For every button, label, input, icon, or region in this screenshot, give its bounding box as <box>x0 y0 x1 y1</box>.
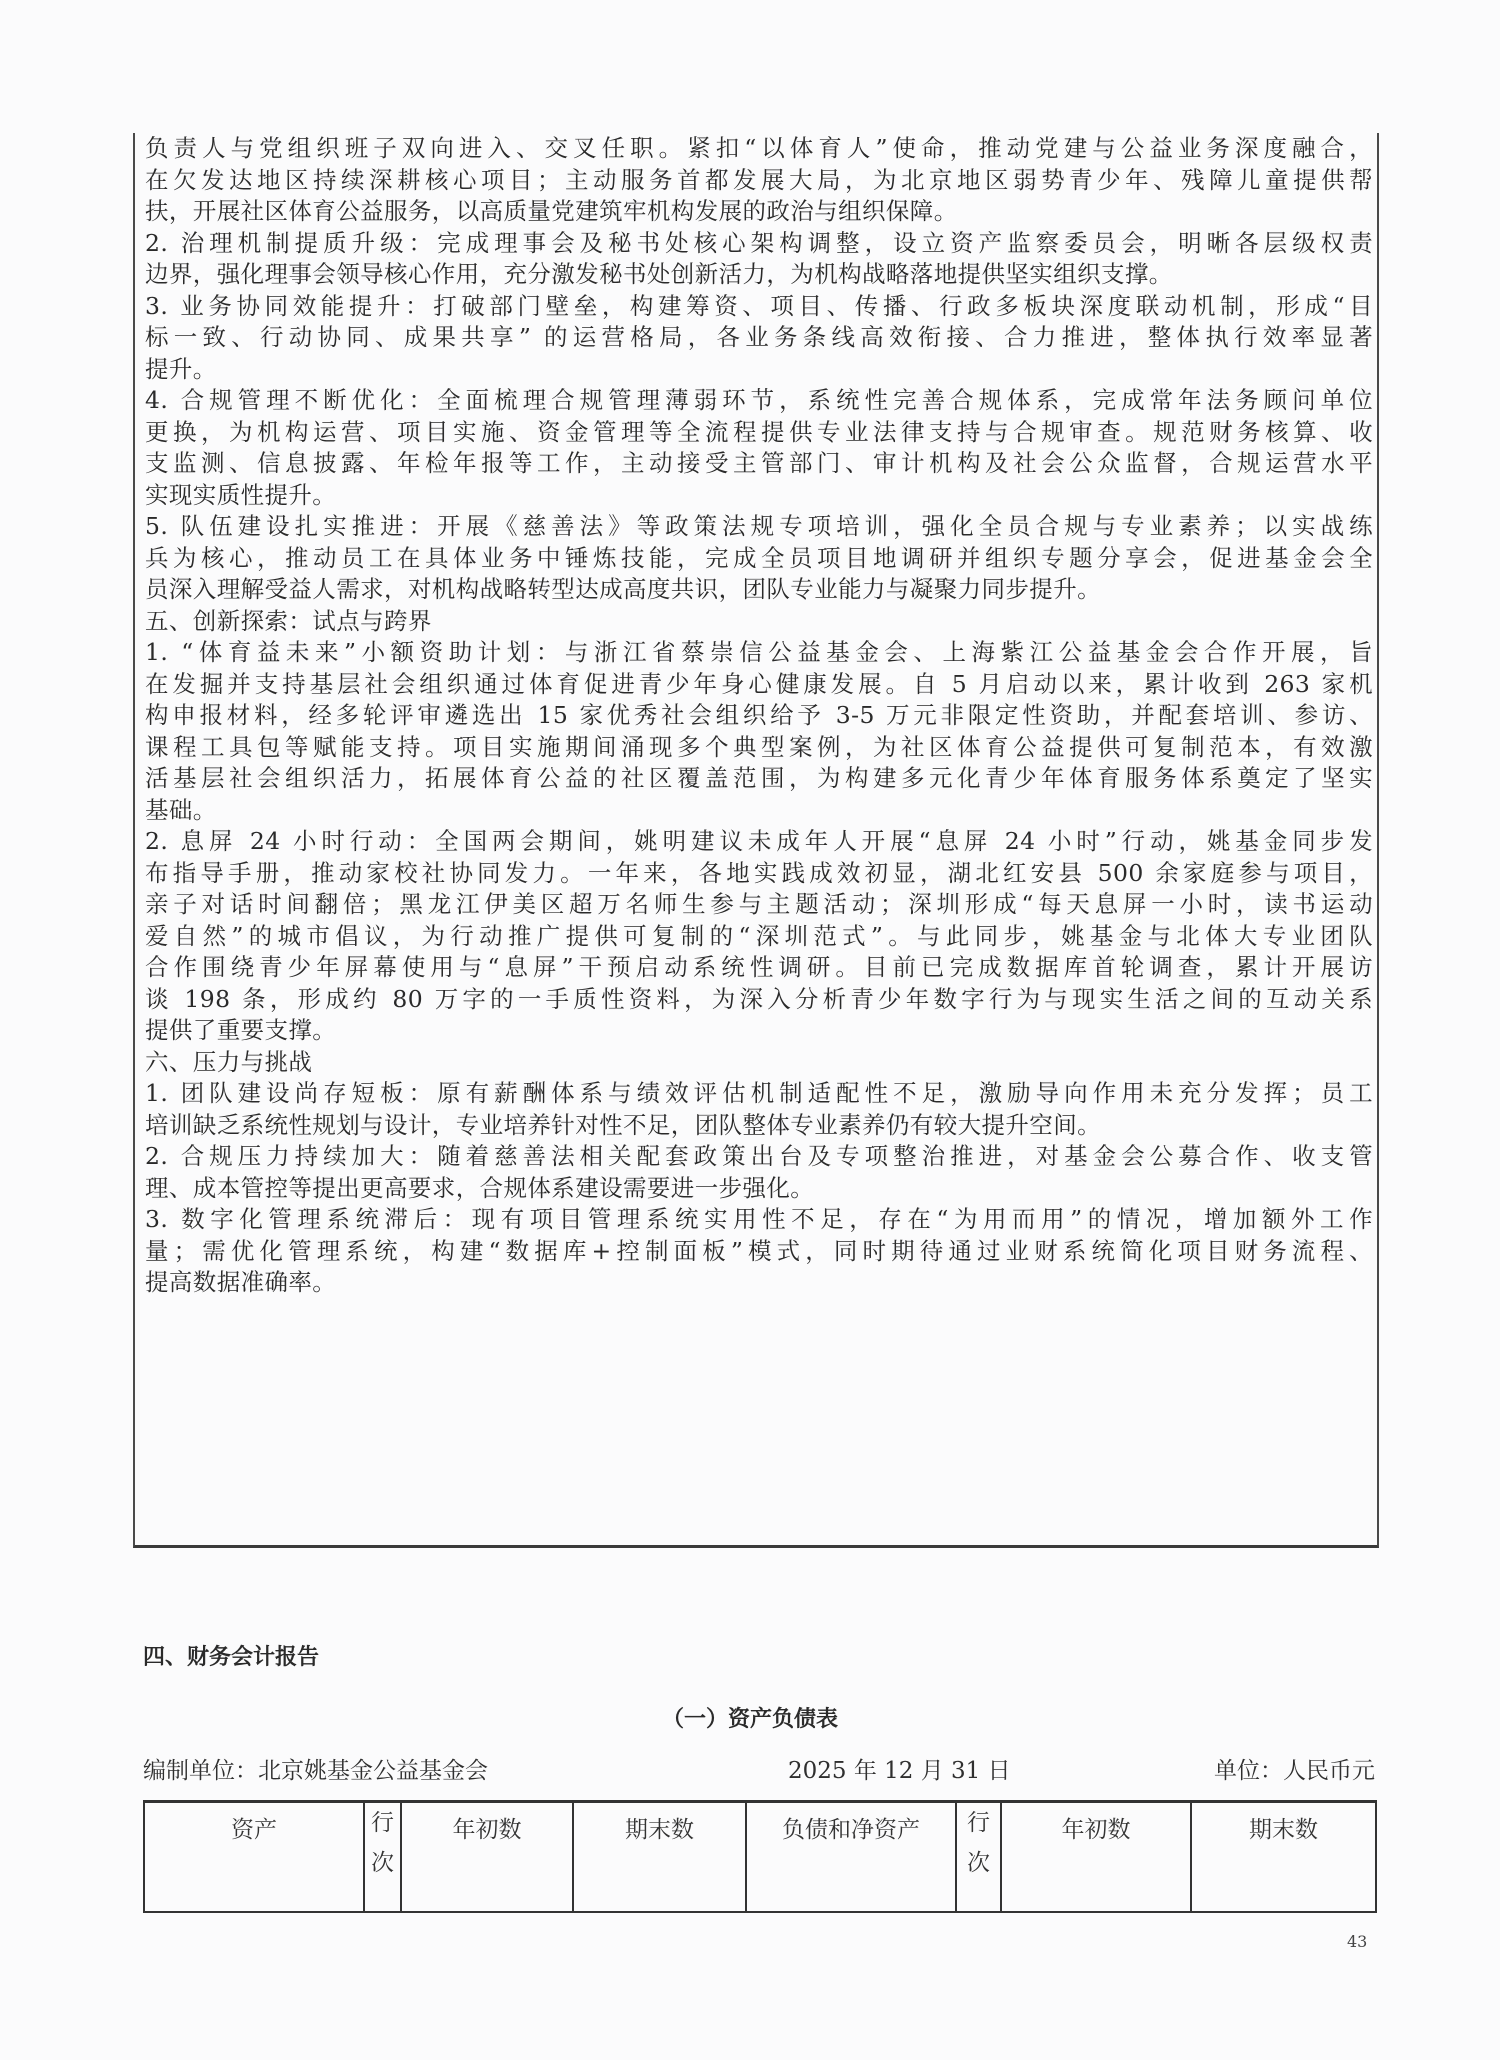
list-item-business-synergy: 3. 业务协同效能提升：打破部门壁垒，构建筹资、项目、传播、行政多板块深度联动机… <box>145 291 1373 323</box>
paragraph-line: 基础。 <box>145 795 1373 827</box>
column-header-beginning-balance: 年初数 <box>1001 1802 1191 1913</box>
list-item-compliance: 4. 合规管理不断优化：全面梳理合规管理薄弱环节，系统性完善合规体系，完成常年法… <box>145 385 1373 417</box>
paragraph-line: 课程工具包等赋能支持。项目实施期间涌现多个典型案例，为社区体育公益提供可复制范本… <box>145 732 1373 764</box>
section-heading-challenges: 六、压力与挑战 <box>145 1047 1373 1079</box>
paragraph-line: 兵为核心，推动员工在具体业务中锤炼技能，完成全员项目地调研并组织专题分享会，促进… <box>145 543 1373 575</box>
report-date: 2025 年 12 月 31 日 <box>788 1752 1011 1785</box>
list-item-team-building: 5. 队伍建设扎实推进：开展《慈善法》等政策法规专项培训，强化全员合规与专业素养… <box>145 511 1373 543</box>
column-header-ending-balance: 期末数 <box>1191 1802 1376 1913</box>
table-header-row: 资产 行次 年初数 期末数 负债和净资产 行次 年初数 期末数 <box>144 1802 1376 1913</box>
paragraph-line: 在欠发达地区持续深耕核心项目；主动服务首都发展大局，为北京地区弱势青少年、残障儿… <box>145 165 1373 197</box>
column-header-beginning-balance: 年初数 <box>401 1802 573 1913</box>
report-text-body: 负责人与党组织班子双向进入、交叉任职。紧扣“以体育人”使命，推动党建与公益业务深… <box>145 133 1373 1299</box>
balance-sheet-table: 资产 行次 年初数 期末数 负债和净资产 行次 年初数 期末数 <box>143 1800 1377 1913</box>
paragraph-line: 谈 198 条，形成约 80 万字的一手质性资料，为深入分析青少年数字行为与现实… <box>145 984 1373 1016</box>
paragraph-line: 更换，为机构运营、项目实施、资金管理等全流程提供专业法律支持与合规审查。规范财务… <box>145 417 1373 449</box>
paragraph-line: 边界，强化理事会领导核心作用，充分激发秘书处创新活力，为机构战略落地提供坚实组织… <box>145 259 1373 291</box>
page-number: 43 <box>1347 1932 1367 1951</box>
paragraph-line: 提供了重要支撑。 <box>145 1015 1373 1047</box>
paragraph-line: 合作围绕青少年屏幕使用与“息屏”干预启动系统性调研。目前已完成数据库首轮调查，累… <box>145 952 1373 984</box>
paragraph-line: 理、成本管控等提出更高要求，合规体系建设需要进一步强化。 <box>145 1173 1373 1205</box>
column-header-line-no: 行次 <box>364 1802 401 1913</box>
paragraph-line: 员深入理解受益人需求，对机构战略转型达成高度共识，团队专业能力与凝聚力同步提升。 <box>145 574 1373 606</box>
paragraph-line: 扶，开展社区体育公益服务，以高质量党建筑牢机构发展的政治与组织保障。 <box>145 196 1373 228</box>
column-header-liabilities-net-assets: 负债和净资产 <box>746 1802 956 1913</box>
paragraph-line: 标一致、行动协同、成果共享” 的运营格局，各业务条线高效衔接、合力推进，整体执行… <box>145 322 1373 354</box>
column-header-line-no: 行次 <box>956 1802 1001 1913</box>
paragraph-line: 提升。 <box>145 354 1373 386</box>
paragraph-line: 亲子对话时间翻倍；黑龙江伊美区超万名师生参与主题活动；深圳形成“每天息屏一小时，… <box>145 889 1373 921</box>
paragraph-line: 活基层社会组织活力，拓展体育公益的社区覆盖范围，为构建多元化青少年体育服务体系奠… <box>145 763 1373 795</box>
paragraph-line: 实现实质性提升。 <box>145 480 1373 512</box>
paragraph-line: 在发掘并支持基层社会组织通过体育促进青少年身心健康发展。自 5 月启动以来，累计… <box>145 669 1373 701</box>
paragraph-line: 提高数据准确率。 <box>145 1267 1373 1299</box>
paragraph-line: 构申报材料，经多轮评审遴选出 15 家优秀社会组织给予 3-5 万元非限定性资助… <box>145 700 1373 732</box>
paragraph-line: 培训缺乏系统性规划与设计，专业培养针对性不足，团队整体专业素养仍有较大提升空间。 <box>145 1110 1373 1142</box>
paragraph-line: 量；需优化管理系统，构建“数据库+控制面板”模式，同时期待通过业财系统简化项目财… <box>145 1236 1373 1268</box>
column-header-ending-balance: 期末数 <box>573 1802 746 1913</box>
paragraph-line: 支监测、信息披露、年检年报等工作，主动接受主管部门、审计机构及社会公众监督，合规… <box>145 448 1373 480</box>
paragraph-line: 爱自然”的城市倡议，为行动推广提供可复制的“深圳范式”。与此同步，姚基金与北体大… <box>145 921 1373 953</box>
prepared-by: 编制单位：北京姚基金公益基金会 <box>143 1752 488 1785</box>
list-item-screen-off-24h: 2. 息屏 24 小时行动：全国两会期间，姚明建议未成年人开展“息屏 24 小时… <box>145 826 1373 858</box>
section-title-financial-report: 四、财务会计报告 <box>143 1640 319 1671</box>
table-title-balance-sheet: （一）资产负债表 <box>0 1702 1500 1733</box>
currency-unit: 单位：人民币元 <box>1214 1752 1375 1785</box>
section-heading-innovation: 五、创新探索：试点与跨界 <box>145 606 1373 638</box>
list-item-compliance-pressure: 2. 合规压力持续加大：随着慈善法相关配套政策出台及专项整治推进，对基金会公募合… <box>145 1141 1373 1173</box>
list-item-sports-future-grant: 1. “体育益未来”小额资助计划：与浙江省蔡崇信公益基金会、上海紫江公益基金会合… <box>145 637 1373 669</box>
paragraph-line: 负责人与党组织班子双向进入、交叉任职。紧扣“以体育人”使命，推动党建与公益业务深… <box>145 133 1373 165</box>
list-item-team-shortcomings: 1. 团队建设尚存短板：原有薪酬体系与绩效评估机制适配性不足，激励导向作用未充分… <box>145 1078 1373 1110</box>
paragraph-line: 布指导手册，推动家校社协同发力。一年来，各地实践成效初显，湖北红安县 500 余… <box>145 858 1373 890</box>
list-item-digital-lag: 3. 数字化管理系统滞后：现有项目管理系统实用性不足，存在“为用而用”的情况，增… <box>145 1204 1373 1236</box>
list-item-governance: 2. 治理机制提质升级：完成理事会及秘书处核心架构调整，设立资产监察委员会，明晰… <box>145 228 1373 260</box>
column-header-assets: 资产 <box>144 1802 364 1913</box>
